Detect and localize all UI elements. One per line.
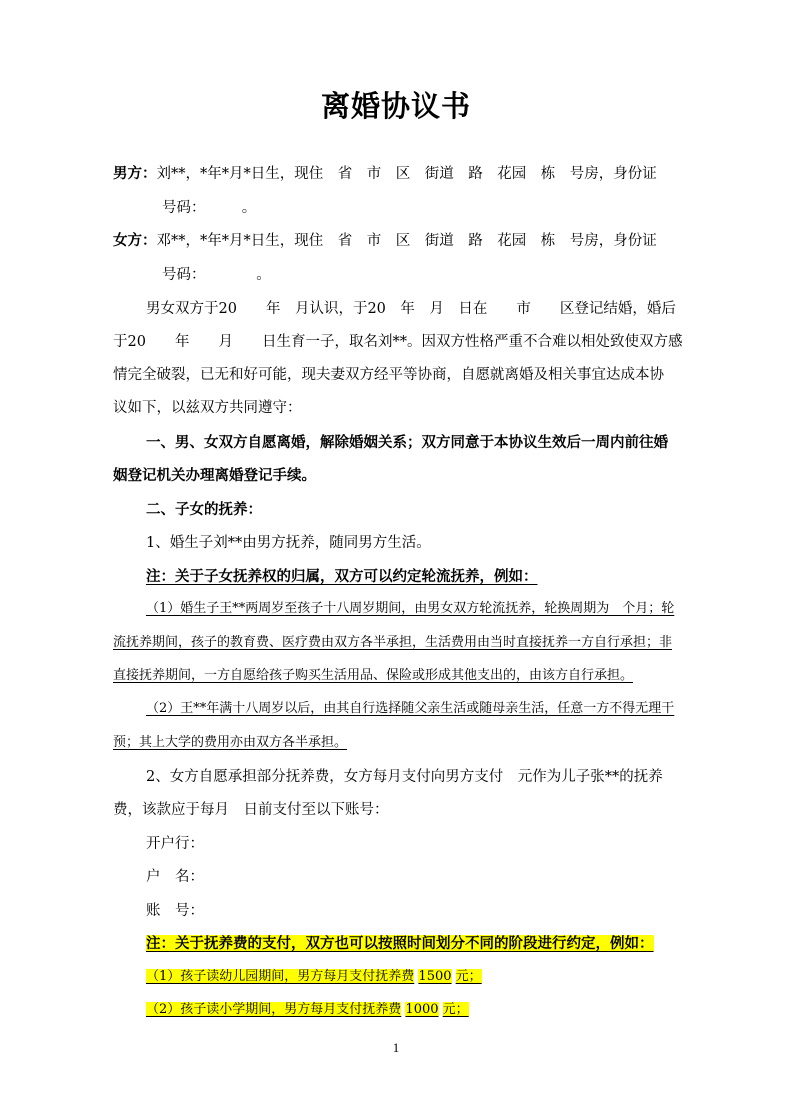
- clause2-item2-line: 2、女方自愿承担部分抚养费，女方每月支付向男方支付 元作为儿子张**的抚养: [146, 766, 751, 788]
- note1-heading: 注：关于子女抚养权的归属，双方可以约定轮流抚养，例如：: [146, 566, 751, 588]
- male-party-line2: 号码： 。: [162, 197, 767, 219]
- male-party-line1: 男方：刘**，*年*月*日生，现住 省 市 区 街道 路 花园 栋 号房，身份证: [113, 163, 718, 185]
- clause2-item2-line: 费，该款应于每月 日前支付至以下账号：: [113, 799, 718, 821]
- account-number-label: 账 号：: [146, 900, 751, 922]
- amount-value: 1500: [418, 969, 451, 984]
- intro-line: 情完全破裂，已无和好可能，现夫妻双方经平等协商，自愿就离婚及相关事宜达成本协: [113, 364, 718, 386]
- clause2-item1: 1、婚生子刘**由男方抚养，随同男方生活。: [146, 532, 751, 554]
- bank-name-label: 开户行：: [146, 833, 751, 855]
- note1-example1-line: （1）婚生子王**两周岁至孩子十八周岁期间，由男女双方轮流抚养，轮换周期为 个月…: [146, 598, 751, 620]
- intro-line: 男女双方于20 年 月认识，于20 年 月 日在 市 区登记结婚，婚后: [146, 298, 751, 320]
- document-title: 离婚协议书: [0, 84, 792, 125]
- female-party-label: 女方：: [113, 232, 157, 249]
- note2-example2: （2）孩子读小学期间，男方每月支付抚养费 1000 元；: [146, 999, 751, 1021]
- note1-example1-line: 直接抚养期间，一方自愿给孩子购买生活用品、保险或形成其他支出的，由该方自行承担。: [113, 665, 718, 687]
- intro-line: 于20 年 月 日生育一子，取名刘**。因双方性格严重不合难以相处致使双方感: [113, 331, 718, 353]
- note1-example1-line: 流抚养期间，孩子的教育费、医疗费由双方各半承担，生活费用由当时直接抚养一方自行承…: [113, 632, 718, 654]
- page-number: 1: [0, 1040, 792, 1056]
- clause1-line: 姻登记机关办理离婚登记手续。: [113, 465, 718, 487]
- note1-example2-line: 预；其上大学的费用亦由双方各半承担。: [113, 732, 718, 754]
- note1-example2-line: （2）王**年满十八周岁以后，由其自行选择随父亲生活或随母亲生活，任意一方不得无…: [146, 698, 751, 720]
- document-page: 离婚协议书 男方：刘**，*年*月*日生，现住 省 市 区 街道 路 花园 栋 …: [0, 0, 792, 1120]
- female-party-line2: 号码： 。: [162, 264, 767, 286]
- clause2-heading: 二、子女的抚养：: [146, 499, 751, 521]
- intro-line: 议如下，以兹双方共同遵守：: [113, 397, 718, 419]
- clause1-line: 一、男、女双方自愿离婚，解除婚姻关系；双方同意于本协议生效后一周内前往婚: [146, 432, 751, 454]
- note2-example1: （1）孩子读幼儿园期间，男方每月支付抚养费 1500 元；: [146, 966, 751, 988]
- account-holder-label: 户 名：: [146, 866, 751, 888]
- male-party-label: 男方：: [113, 165, 157, 182]
- amount-value: 1000: [405, 1002, 438, 1017]
- female-party-line1: 女方：邓**，*年*月*日生，现住 省 市 区 街道 路 花园 栋 号房，身份证: [113, 230, 718, 252]
- note2-heading: 注：关于抚养费的支付，双方也可以按照时间划分不同的阶段进行约定，例如：: [146, 933, 751, 955]
